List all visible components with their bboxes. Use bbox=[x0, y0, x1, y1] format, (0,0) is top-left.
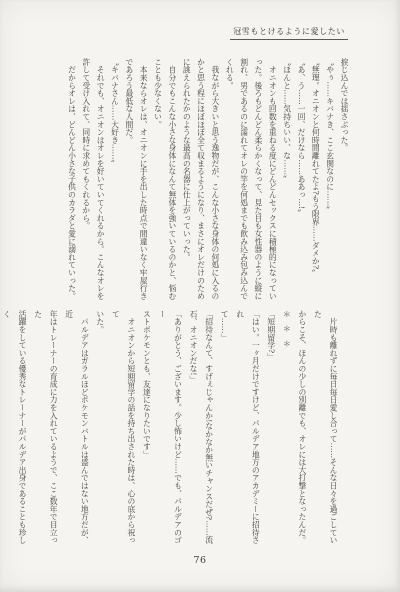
text-column: かと思う程にほぼほぼ全て収まるようになり、まさにオレだけのため bbox=[193, 58, 207, 308]
text-column: 割れ、男であるのに濡れてオレの竿を何処までも飲み込み包み込んで bbox=[236, 58, 250, 308]
text-column: 〝キバナさん……大好き……〟 bbox=[107, 58, 121, 308]
text-column: に誂えられたかのような最高の名器に仕上がっていった。 bbox=[179, 58, 193, 308]
text-column: ストポケモンとも、友達になりたいです」 bbox=[139, 310, 155, 548]
text-column: 片時も離れずに毎日毎日愛し合って……そんな日々を過ごしていた bbox=[310, 310, 341, 548]
bottom-text-block: 片時も離れずに毎日毎日愛し合って……そんな日々を過ごしていた からこそ、ほんの少… bbox=[61, 310, 341, 548]
text-column: 「短期留学?」 bbox=[263, 310, 279, 548]
text-column: 活躍をしている優秀なトレーナーがパルデア出身であることも珍しく bbox=[0, 310, 30, 548]
text-column: パルデアはガラルほどポケモンバトルは盛んではない地方だが、近 bbox=[61, 310, 92, 548]
text-column: 「招待なんて、すげぇじゃんか!なかなか無いチャンスだぜ?……流 bbox=[201, 310, 217, 548]
text-column: ことも少なくない。 bbox=[150, 58, 164, 308]
scene-divider: ＊＊＊ bbox=[279, 310, 295, 548]
text-column: だからオレは、どんどん小さな子供のカラダと愛に溺れていった。 bbox=[64, 58, 78, 308]
text-column: 自分でもこんな小さな身体になんて無体を強いているのかと、悩む bbox=[165, 58, 179, 308]
text-column: 我ながら大きいと思う逸物だが、こんな小さな身体の何処に入るの bbox=[208, 58, 222, 308]
text-column: オニオンから短期留学の話を持ち出された時は、心の底から祝って bbox=[108, 310, 139, 548]
text-column: であろう最低な人間だ。 bbox=[122, 58, 136, 308]
text-column: 許して受け入れて、同時に求めてもくれるから。 bbox=[78, 58, 92, 308]
text-column: 「はい。一ヶ月だけですけど、パルデア地方のアカデミーに招待され bbox=[232, 310, 263, 548]
text-column: 石、オニオンだな!」 bbox=[186, 310, 202, 548]
text-column: オニオンも回数を重ねる度にどんどんセックスに積極的になってい bbox=[265, 58, 279, 308]
scanned-book-page: 冠雪もとけるように愛したい 捩じ込んでは揺さぶった。 〝やぅ……キバナき、ここ玄… bbox=[0, 0, 400, 592]
text-column: 〝無理。オニオンと何時間離れてたよ?もう限界……ダメか?〟 bbox=[308, 58, 322, 308]
text-column: からこそ、ほんの少しの別離でも、オレには大打撃となったんだ。 bbox=[294, 310, 310, 548]
text-column: 〝ほんと……気持ちいい、な……〟 bbox=[279, 58, 293, 308]
top-text-block: 捩じ込んでは揺さぶった。 〝やぅ……キバナき、ここ玄関なのに……〟 〝無理。オニ… bbox=[64, 58, 351, 308]
text-column: くれる。 bbox=[222, 58, 236, 308]
text-column: 〝やぅ……キバナき、ここ玄関なのに……〟 bbox=[322, 58, 336, 308]
text-column: 「ありがとう、ございます。少し怖いけど……でも、パルデアのゴー bbox=[154, 310, 185, 548]
text-column: 本来ならオレは、オニオンに手を出した時点で間違いなく牢屋行き bbox=[136, 58, 150, 308]
running-header-title: 冠雪もとけるように愛したい bbox=[230, 26, 348, 40]
text-column: った。後ろもどんどん柔らかくなって、見た目も女性器のように縦に bbox=[251, 58, 265, 308]
text-column: 〝あ、う……一回、だけなら……ああっ…!〟 bbox=[294, 58, 308, 308]
text-column: 年はトレーナーの育成に力を入れているようで、ここ数年で目立った bbox=[30, 310, 61, 548]
text-column: それでも、オニオンはオレを好いていてくれるから。こんなオレを bbox=[93, 58, 107, 308]
page-number: 76 bbox=[0, 555, 400, 566]
text-column: いた。 bbox=[92, 310, 108, 548]
text-column: 捩じ込んでは揺さぶった。 bbox=[337, 58, 351, 308]
text-column: て……」 bbox=[217, 310, 233, 548]
